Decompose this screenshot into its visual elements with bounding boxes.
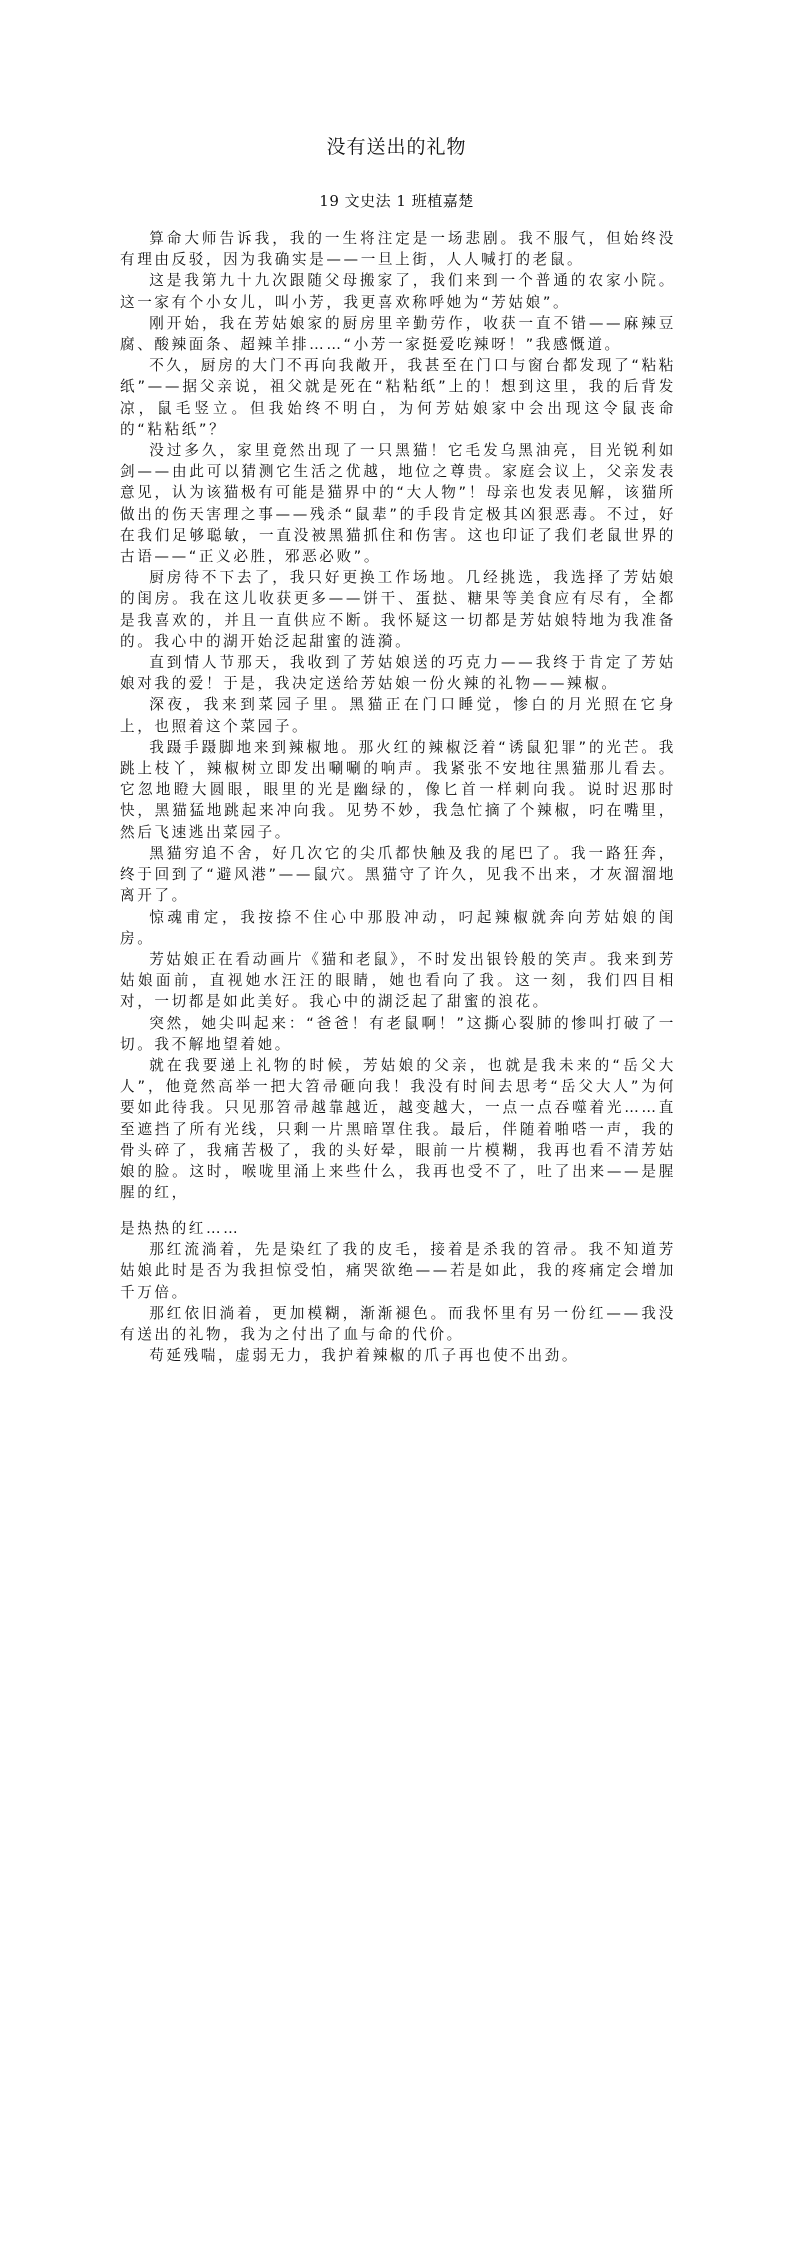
paragraph: 苟延残喘，虚弱无力，我护着辣椒的爪子再也使不出劲。 xyxy=(120,1345,676,1366)
paragraph: 深夜，我来到菜园子里。黑猫正在门口睡觉，惨白的月光照在它身上，也照着这个菜园子。 xyxy=(120,694,676,736)
paragraph: 算命大师告诉我，我的一生将注定是一场悲剧。我不服气，但始终没有理由反驳，因为我确… xyxy=(120,228,676,270)
paragraph: 直到情人节那天，我收到了芳姑娘送的巧克力——我终于肯定了芳姑娘对我的爱！于是，我… xyxy=(120,652,676,694)
paragraph: 那红流淌着，先是染红了我的皮毛，接着是杀我的笤帚。我不知道芳姑娘此时是否为我担惊… xyxy=(120,1239,676,1303)
paragraph: 芳姑娘正在看动画片《猫和老鼠》，不时发出银铃般的笑声。我来到芳姑娘面前，直视她水… xyxy=(120,949,676,1013)
paragraph: 就在我要递上礼物的时候，芳姑娘的父亲，也就是我未来的“岳父大人”，他竟然高举一把… xyxy=(120,1055,676,1203)
author-line: 19 文史法 1 班植嘉楚 xyxy=(0,190,793,211)
paragraph: 这是我第九十九次跟随父母搬家了，我们来到一个普通的农家小院。这一家有个小女儿，叫… xyxy=(120,270,676,312)
paragraph: 那红依旧淌着，更加模糊，渐渐褪色。而我怀里有另一份红——我没有送出的礼物，我为之… xyxy=(120,1303,676,1345)
page-title: 没有送出的礼物 xyxy=(0,132,793,159)
paragraph: 黑猫穷追不舍，好几次它的尖爪都快触及我的尾巴了。我一路狂奔，终于回到了“避风港”… xyxy=(120,843,676,907)
paragraph: 我蹑手蹑脚地来到辣椒地。那火红的辣椒泛着“诱鼠犯罪”的光芒。我跳上枝丫，辣椒树立… xyxy=(120,737,676,843)
paragraph: 刚开始，我在芳姑娘家的厨房里辛勤劳作，收获一直不错——麻辣豆腐、酸辣面条、超辣羊… xyxy=(120,313,676,355)
paragraph: 厨房待不下去了，我只好更换工作场地。几经挑选，我选择了芳姑娘的闺房。我在这儿收获… xyxy=(120,567,676,652)
body-text-page-2: 是热热的红…… 那红流淌着，先是染红了我的皮毛，接着是杀我的笤帚。我不知道芳姑娘… xyxy=(120,1218,676,1366)
paragraph: 没过多久，家里竟然出现了一只黑猫！它毛发乌黑油亮，目光锐利如剑——由此可以猜测它… xyxy=(120,440,676,567)
paragraph: 不久，厨房的大门不再向我敞开，我甚至在门口与窗台都发现了“粘粘纸”——据父亲说，… xyxy=(120,355,676,440)
paragraph: 突然，她尖叫起来：“爸爸！有老鼠啊！”这撕心裂肺的惨叫打破了一切。我不解地望着她… xyxy=(120,1013,676,1055)
paragraph-continuation: 是热热的红…… xyxy=(120,1218,676,1239)
body-text-page-1: 算命大师告诉我，我的一生将注定是一场悲剧。我不服气，但始终没有理由反驳，因为我确… xyxy=(120,228,676,1203)
paragraph: 惊魂甫定，我按捺不住心中那股冲动，叼起辣椒就奔向芳姑娘的闺房。 xyxy=(120,907,676,949)
